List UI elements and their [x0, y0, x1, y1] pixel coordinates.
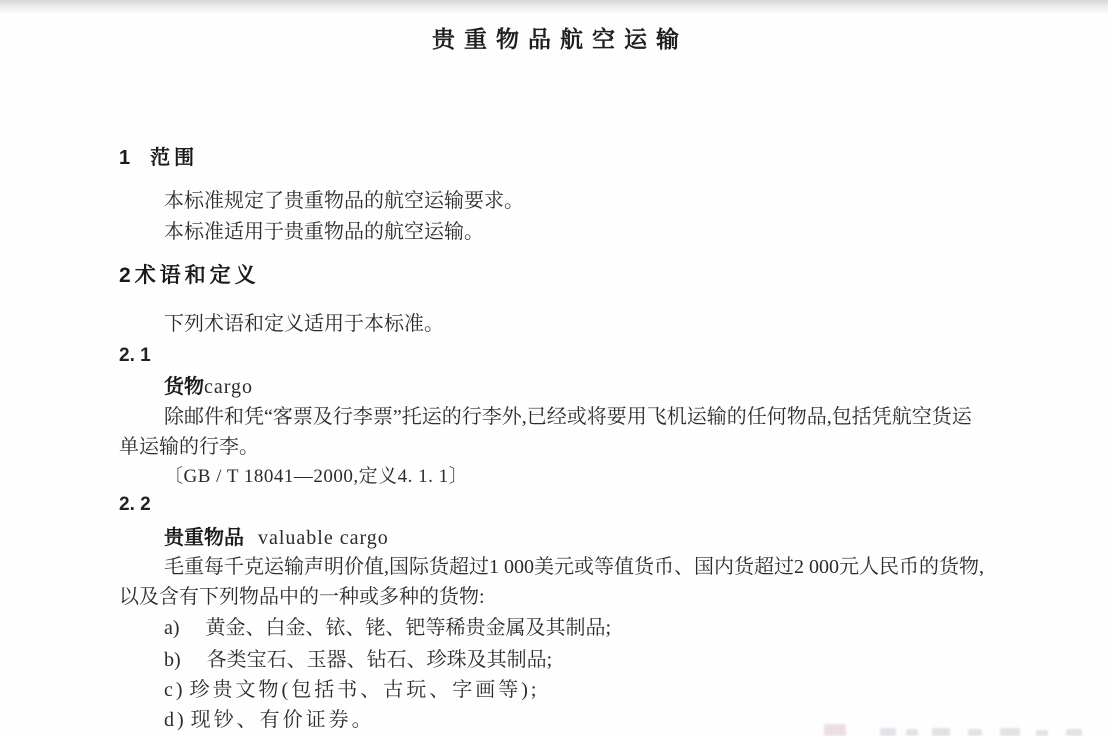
section2-heading: 2术语和定义: [119, 264, 260, 288]
list-item-a: a)黄金、白金、铱、铑、钯等稀贵金属及其制品;: [164, 616, 611, 640]
term2-line: 贵重物品valuable cargo: [164, 526, 389, 550]
section1-number: 1: [119, 147, 130, 169]
term1-number: 2. 1: [119, 344, 151, 368]
list-item-d: d)现钞、有价证券。: [164, 708, 375, 732]
term2-english: valuable cargo: [258, 527, 389, 549]
term1-english: cargo: [204, 376, 253, 398]
list-item-d-label: d): [164, 708, 187, 732]
list-item-c-label: c): [164, 678, 186, 702]
term1-definition-line1: 除邮件和凭“客票及行李票”托运的行李外,已经或将要用飞机运输的任何物品,包括凭航…: [164, 405, 972, 429]
term1-chinese: 货物: [164, 376, 204, 398]
watermark: [822, 720, 1092, 736]
term2-number: 2. 2: [119, 493, 151, 517]
scope-paragraph-2: 本标准适用于贵重物品的航空运输。: [164, 220, 484, 244]
scope-paragraph-1: 本标准规定了贵重物品的航空运输要求。: [164, 189, 524, 213]
list-item-a-label: a): [164, 616, 180, 640]
terms-intro: 下列术语和定义适用于本标准。: [164, 312, 444, 336]
section2-title: 术语和定义: [135, 264, 260, 287]
section1-heading: 1范围: [119, 146, 198, 170]
list-item-c: c)珍贵文物(包括书、古玩、字画等);: [164, 678, 539, 702]
list-item-c-text: 珍贵文物(包括书、古玩、字画等);: [190, 679, 540, 701]
top-shade-band: [0, 0, 1108, 14]
document-title: 贵重物品航空运输: [0, 21, 1108, 54]
term1-definition-line2: 单运输的行李。: [119, 435, 259, 459]
term1-line: 货物cargo: [164, 375, 253, 399]
document-page: 贵重物品航空运输 1范围 本标准规定了贵重物品的航空运输要求。 本标准适用于贵重…: [0, 0, 1108, 736]
list-item-b-text: 各类宝石、玉器、钻石、珍珠及其制品;: [207, 649, 553, 671]
term2-definition-line2: 以及含有下列物品中的一种或多种的货物:: [119, 585, 485, 609]
section2-number: 2: [119, 264, 131, 287]
section1-title: 范围: [150, 147, 198, 169]
term1-source-reference: 〔GB / T 18041—2000,定义4. 1. 1〕: [164, 465, 468, 489]
list-item-b-label: b): [164, 648, 181, 672]
list-item-a-text: 黄金、白金、铱、铑、钯等稀贵金属及其制品;: [206, 617, 612, 639]
list-item-b: b)各类宝石、玉器、钻石、珍珠及其制品;: [164, 648, 552, 672]
term2-chinese: 贵重物品: [164, 527, 244, 549]
term2-definition-line1: 毛重每千克运输声明价值,国际货超过1 000美元或等值货币、国内货超过2 000…: [164, 555, 984, 579]
list-item-d-text: 现钞、有价证券。: [191, 709, 375, 731]
